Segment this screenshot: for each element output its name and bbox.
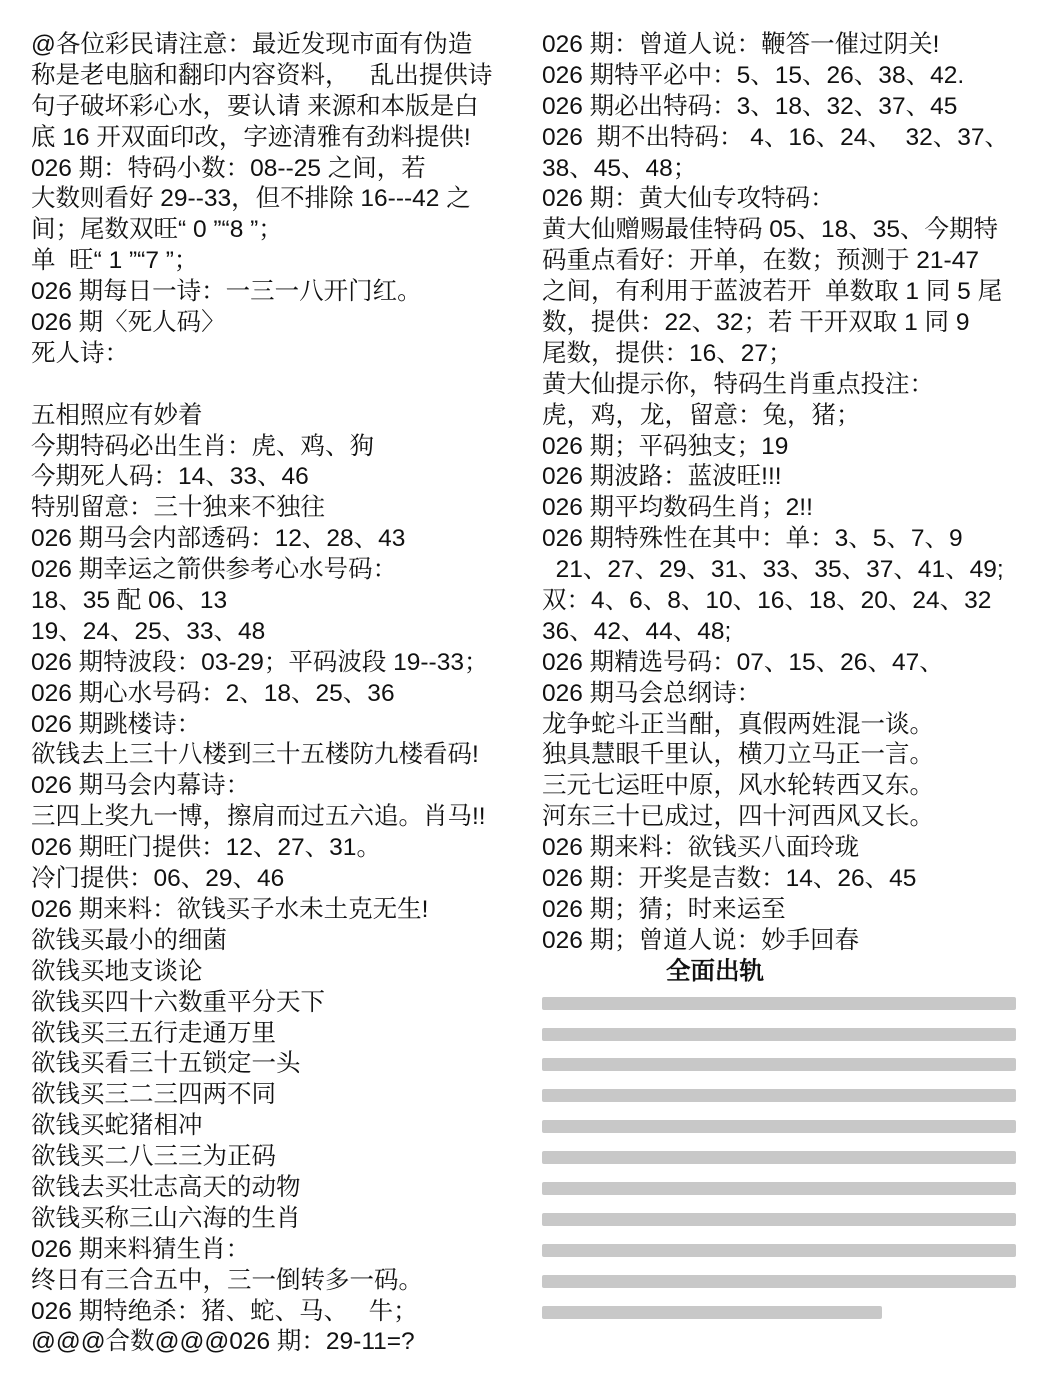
tip-line: 026 期特殊性在其中：单：3、5、7、9 — [542, 524, 1032, 555]
tip-line: 026 期特平必中：5、15、26、38、42. — [542, 61, 1032, 92]
riddle-line: 欲钱买三二三四两不同 — [31, 1080, 526, 1111]
section-heading: 026 期：黄大仙专攻特码： — [542, 184, 1032, 215]
tip-line: 026 期：开奖是吉数：14、26、45 — [542, 864, 1032, 895]
redacted-line — [542, 1266, 1032, 1297]
tip-line: 单 旺“ 1 ”“7 ”； — [31, 246, 526, 277]
tip-line: 冷门提供：06、29、46 — [31, 864, 526, 895]
riddle-line: 欲钱去买壮志高天的动物 — [31, 1173, 526, 1204]
tip-line: 026 期波路：蓝波旺!!! — [542, 462, 1032, 493]
tip-line: 特别留意：三十独来不独往 — [31, 493, 526, 524]
tip-line: 码重点看好：开单，在数；预测于 21-47 — [542, 246, 1032, 277]
redacted-line — [542, 1080, 1032, 1111]
riddle-line: 欲钱买最小的细菌 — [31, 926, 526, 957]
tip-line: 026 期特绝杀：猪、蛇、马、 牛； — [31, 1297, 526, 1328]
tip-line: 今期特码必出生肖：虎、鸡、狗 — [31, 432, 526, 463]
story-body-redacted — [542, 988, 1032, 1328]
tip-line: 026 期：曾道人说：鞭答一催过阴关! — [542, 30, 1032, 61]
section-heading: 026 期来料猜生肖： — [31, 1235, 526, 1266]
riddle-line: 欲钱买蛇猪相冲 — [31, 1111, 526, 1142]
riddle-line: 欲钱买地支谈论 — [31, 957, 526, 988]
section-heading: 死人诗： — [31, 339, 526, 370]
section-heading: 026 期马会内幕诗： — [31, 771, 526, 802]
number-line: 38、45、48； — [542, 154, 1032, 185]
number-line: 双：4、6、8、10、16、18、20、24、32 — [542, 586, 1032, 617]
tip-line: 026 期；曾道人说：妙手回春 — [542, 926, 1032, 957]
tip-line: 026 期每日一诗：一三一八开门红。 — [31, 277, 526, 308]
poem-line: 五相照应有妙着 — [31, 401, 526, 432]
redacted-line — [542, 988, 1032, 1019]
number-line: 18、35 配 06、13 — [31, 586, 526, 617]
tip-line: 虎，鸡，龙，留意：兔，猪； — [542, 401, 1032, 432]
redacted-line — [542, 1142, 1032, 1173]
redacted-line — [542, 1173, 1032, 1204]
tip-line: 今期死人码：14、33、46 — [31, 462, 526, 493]
redacted-line — [542, 1019, 1032, 1050]
poem-line: 河东三十已成过，四十河西风又长。 — [542, 802, 1032, 833]
tip-line: 大数则看好 29--33，但不排除 16---42 之 — [31, 184, 526, 215]
right-column: 026 期：曾道人说：鞭答一催过阴关! 026 期特平必中：5、15、26、38… — [542, 30, 1032, 1327]
poem-line: 欲钱去上三十八楼到三十五楼防九楼看码! — [31, 740, 526, 771]
section-heading: 026 期跳楼诗： — [31, 710, 526, 741]
tip-line: 黄大仙提示你，特码生肖重点投注： — [542, 370, 1032, 401]
section-heading: 026 期马会总纲诗： — [542, 679, 1032, 710]
riddle-line: 欲钱买三五行走通万里 — [31, 1019, 526, 1050]
tip-line: 尾数，提供：16、27； — [542, 339, 1032, 370]
riddle-line: 欲钱买称三山六海的生肖 — [31, 1204, 526, 1235]
tip-line: @@@合数@@@026 期：29-11=? — [31, 1327, 526, 1358]
redacted-line — [542, 1297, 1032, 1328]
notice-line: 底 16 开双面印改，字迹清雅有劲料提供! — [31, 123, 526, 154]
tip-line: 间；尾数双旺“ 0 ”“8 ”； — [31, 215, 526, 246]
redacted-line — [542, 1235, 1032, 1266]
notice-line: 句子破坏彩心水，要认请 来源和本版是白 — [31, 92, 526, 123]
poem-line: 三四上奖九一博，擦肩而过五六追。肖马!! — [31, 802, 526, 833]
tip-line: 数，提供：22、32；若 干开双取 1 同 9 — [542, 308, 1032, 339]
redacted-line — [542, 1049, 1032, 1080]
tip-line: 026 期心水号码：2、18、25、36 — [31, 679, 526, 710]
number-line: 19、24、25、33、48 — [31, 617, 526, 648]
tip-line: 026 期平均数码生肖；2!! — [542, 493, 1032, 524]
redacted-line — [542, 1111, 1032, 1142]
notice-line: 称是老电脑和翻印内容资料， 乱出提供诗 — [31, 61, 526, 92]
riddle-line: 欲钱买二八三三为正码 — [31, 1142, 526, 1173]
tip-line: 026 期不出特码： 4、16、24、 32、37、 — [542, 123, 1032, 154]
tip-line: 026 期必出特码：3、18、32、37、45 — [542, 92, 1032, 123]
tip-line: 黄大仙赠赐最佳特码 05、18、35、今期特 — [542, 215, 1032, 246]
section-heading: 026 期〈死人码〉 — [31, 308, 526, 339]
riddle-line: 欲钱买看三十五锁定一头 — [31, 1049, 526, 1080]
tip-line: 026 期马会内部透码：12、28、43 — [31, 524, 526, 555]
number-line: 21、27、29、31、33、35、37、41、49; — [542, 555, 1032, 586]
left-column: @各位彩民请注意：最近发现市面有伪造 称是老电脑和翻印内容资料， 乱出提供诗 句… — [31, 30, 526, 1358]
redacted-line — [542, 1204, 1032, 1235]
tip-line: 026 期：特码小数：08--25 之间，若 — [31, 154, 526, 185]
tip-line: 026 期；猜；时来运至 — [542, 895, 1032, 926]
notice-line: @各位彩民请注意：最近发现市面有伪造 — [31, 30, 526, 61]
blank-line — [31, 370, 526, 401]
riddle-line: 欲钱买四十六数重平分天下 — [31, 988, 526, 1019]
tip-line: 026 期旺门提供：12、27、31。 — [31, 833, 526, 864]
tip-line: 026 期来料：欲钱买八面玲珑 — [542, 833, 1032, 864]
poem-line: 终日有三合五中，三一倒转多一码。 — [31, 1266, 526, 1297]
poem-line: 龙争蛇斗正当酣，真假两姓混一谈。 — [542, 710, 1032, 741]
tip-line: 026 期精选号码：07、15、26、47、 — [542, 648, 1032, 679]
poem-line: 独具慧眼千里认，横刀立马正一言。 — [542, 740, 1032, 771]
tip-line: 026 期；平码独支；19 — [542, 432, 1032, 463]
riddle-line: 026 期来料：欲钱买子水未土克无生! — [31, 895, 526, 926]
tip-line: 026 期特波段：03-29；平码波段 19--33； — [31, 648, 526, 679]
tip-line: 之间，有利用于蓝波若开 单数取 1 同 5 尾 — [542, 277, 1032, 308]
number-line: 36、42、44、48; — [542, 617, 1032, 648]
section-heading: 026 期幸运之箭供参考心水号码： — [31, 555, 526, 586]
poem-line: 三元七运旺中原，风水轮转西又东。 — [542, 771, 1032, 802]
story-title: 全面出轨 — [542, 957, 1032, 988]
